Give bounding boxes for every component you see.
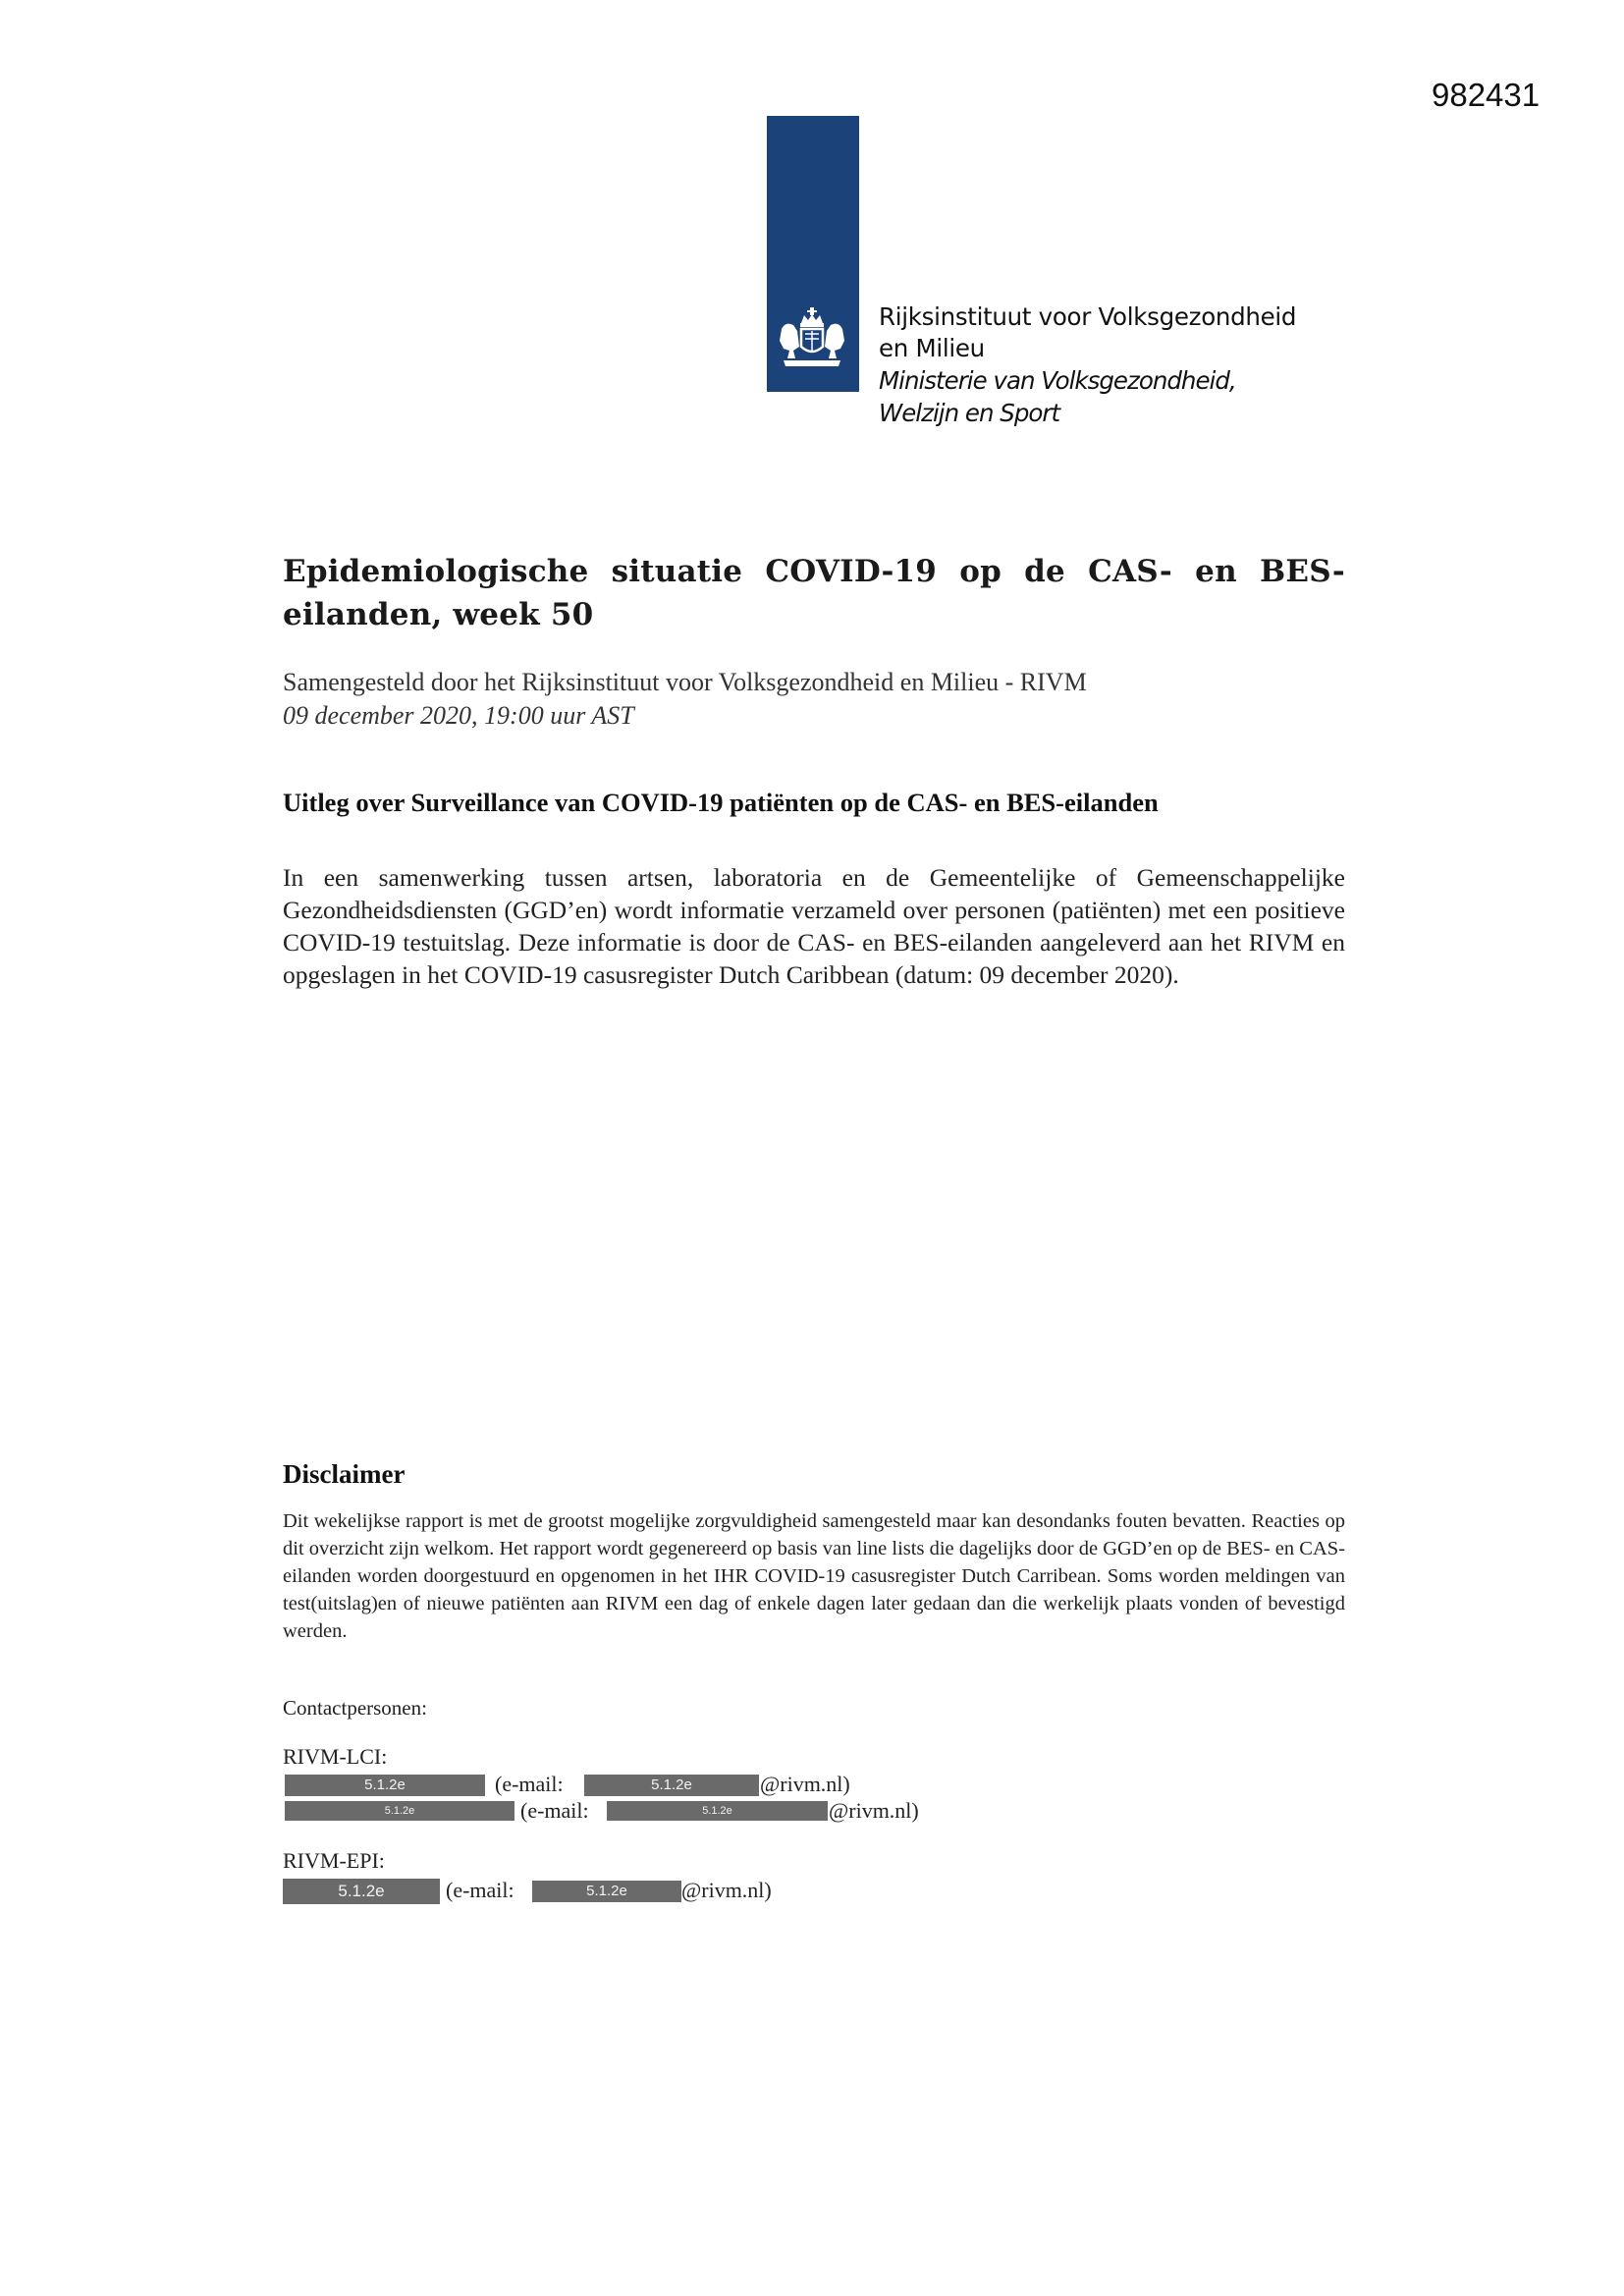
redacted-name: 5.1.2e	[285, 1775, 485, 1796]
logo-text: Rijksinstituut voor Volksgezondheid en M…	[879, 301, 1296, 429]
contacts-label: Contactpersonen:	[283, 1696, 427, 1721]
contact-group-label-epi: RIVM-EPI:	[283, 1848, 385, 1874]
ministry-line1: Ministerie van Volksgezondheid,	[879, 364, 1296, 397]
redacted-name: 5.1.2e	[283, 1879, 440, 1904]
email-prefix: (e-mail:	[446, 1878, 514, 1903]
subtitle: Samengesteld door het Rijksinstituut voo…	[283, 666, 1363, 733]
report-date: 09 december 2020, 19:00 uur AST	[283, 699, 1363, 733]
contact-group-label-lci: RIVM-LCI:	[283, 1744, 387, 1770]
email-domain: @rivm.nl)	[681, 1878, 772, 1903]
compiled-by: Samengesteld door het Rijksinstituut voo…	[283, 666, 1363, 699]
surveillance-body: In een samenwerking tussen artsen, labor…	[283, 861, 1345, 991]
disclaimer-heading: Disclaimer	[283, 1459, 405, 1490]
redacted-email: 5.1.2e	[532, 1881, 681, 1902]
email-domain: @rivm.nl)	[829, 1798, 919, 1824]
org-name-line2: en Milieu	[879, 333, 1296, 364]
document-id: 982431	[1432, 77, 1540, 114]
redacted-email: 5.1.2e	[607, 1801, 828, 1821]
royal-crest-icon	[776, 307, 848, 370]
redacted-name: 5.1.2e	[285, 1801, 514, 1821]
surveillance-heading: Uitleg over Surveillance van COVID-19 pa…	[283, 788, 1363, 818]
email-prefix: (e-mail:	[495, 1772, 564, 1797]
disclaimer-body: Dit wekelijkse rapport is met de grootst…	[283, 1507, 1345, 1645]
rivm-logo-bar	[767, 116, 859, 392]
email-prefix: (e-mail:	[520, 1798, 589, 1824]
email-domain: @rivm.nl)	[760, 1772, 850, 1797]
ministry-line2: Welzijn en Sport	[879, 397, 1296, 429]
page-title: Epidemiologische situatie COVID-19 op de…	[283, 550, 1345, 636]
org-name-line1: Rijksinstituut voor Volksgezondheid	[879, 301, 1296, 333]
redacted-email: 5.1.2e	[584, 1775, 759, 1796]
